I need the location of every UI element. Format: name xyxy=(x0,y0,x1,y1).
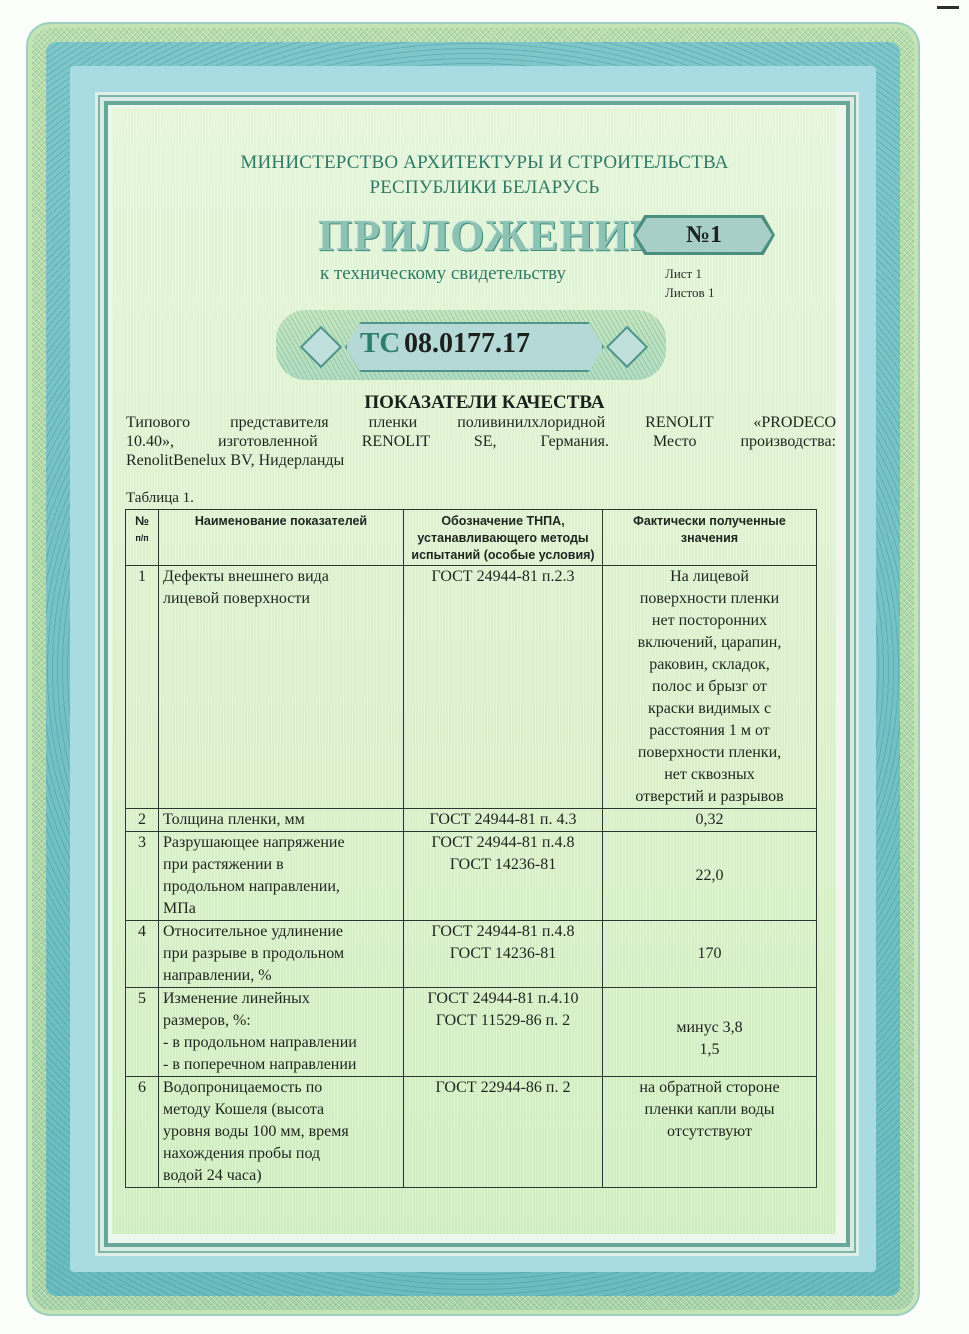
cell-name-line: водой 24 часа) xyxy=(163,1165,399,1187)
cell-value-line: включений, царапин, xyxy=(607,632,812,654)
cell-no: 1 xyxy=(126,566,159,809)
cell-value: 170 xyxy=(603,921,817,988)
cell-name-line: Толщина пленки, мм xyxy=(163,809,399,831)
cell-standard: ГОСТ 22944-86 п. 2 xyxy=(404,1077,603,1188)
cell-name: Относительное удлинениепри разрыве в про… xyxy=(159,921,404,988)
cell-name-line: Изменение линейных xyxy=(163,988,399,1010)
ministry-heading: МИНИСТЕРСТВО АРХИТЕКТУРЫ И СТРОИТЕЛЬСТВА… xyxy=(0,150,969,200)
cell-name-line: продольном направлении, xyxy=(163,876,399,898)
header-standard: Обозначение ТНПА, устанавливающего метод… xyxy=(404,510,603,566)
intro-line: 10.40», изготовленной RENOLIT SE, Герман… xyxy=(126,432,836,451)
cell-standard: ГОСТ 24944-81 п. 4.3 xyxy=(404,809,603,832)
cell-name: Толщина пленки, мм xyxy=(159,809,404,832)
cell-value-line: 22,0 xyxy=(607,865,812,887)
header-no-sub: п/п xyxy=(130,530,154,547)
cell-standard-line: ГОСТ 24944-81 п.2.3 xyxy=(408,566,598,588)
cell-standard-line: ГОСТ 24944-81 п.4.8 xyxy=(408,921,598,943)
cell-name-line: при разрыве в продольном xyxy=(163,943,399,965)
header-no: № п/п xyxy=(126,510,159,566)
cell-name-line: нахождения пробы под xyxy=(163,1143,399,1165)
cell-standard-line: ГОСТ 14236-81 xyxy=(408,854,598,876)
cell-standard-line: ГОСТ 14236-81 xyxy=(408,943,598,965)
quality-table: № п/п Наименование показателей Обозначен… xyxy=(125,509,817,1188)
cell-name-line: Разрушающее напряжение xyxy=(163,832,399,854)
cell-value-line: отверстий и разрывов xyxy=(607,786,812,808)
cell-standard: ГОСТ 24944-81 п.4.10ГОСТ 11529-86 п. 2 xyxy=(404,988,603,1077)
table-row: 4Относительное удлинениепри разрыве в пр… xyxy=(126,921,817,988)
cell-value-line: нет посторонних xyxy=(607,610,812,632)
header-name: Наименование показателей xyxy=(159,510,404,566)
header-value: Фактически полученные значения xyxy=(603,510,817,566)
sheet-number: Лист 1 xyxy=(665,264,714,283)
cell-value-line: краски видимых с xyxy=(607,698,812,720)
cell-no: 2 xyxy=(126,809,159,832)
cell-name: Разрушающее напряжениепри растяжении впр… xyxy=(159,832,404,921)
cell-standard-line: ГОСТ 11529-86 п. 2 xyxy=(408,1010,598,1032)
table-row: 6Водопроницаемость пометоду Кошеля (высо… xyxy=(126,1077,817,1188)
appendix-subtitle: к техническому свидетельству xyxy=(320,263,566,285)
table-row: 1Дефекты внешнего видалицевой поверхност… xyxy=(126,566,817,809)
cell-standard-line: ГОСТ 24944-81 п. 4.3 xyxy=(408,809,598,831)
cell-value-line: 0,32 xyxy=(607,809,812,831)
cell-name: Дефекты внешнего видалицевой поверхности xyxy=(159,566,404,809)
appendix-number-badge: №1 xyxy=(636,218,772,252)
cell-name-line: - в продольном направлении xyxy=(163,1032,399,1054)
cell-name: Изменение линейныхразмеров, %:- в продол… xyxy=(159,988,404,1077)
table-header-row: № п/п Наименование показателей Обозначен… xyxy=(126,510,817,566)
cell-name-line: размеров, %: xyxy=(163,1010,399,1032)
cell-name-line: Водопроницаемость по xyxy=(163,1077,399,1099)
sheet-info: Лист 1 Листов 1 xyxy=(665,264,714,302)
cell-value-line: минус 3,8 xyxy=(607,1017,812,1039)
cell-name-line: уровня воды 100 мм, время xyxy=(163,1121,399,1143)
cell-value-line: полос и брызг от xyxy=(607,676,812,698)
sheets-total: Листов 1 xyxy=(665,283,714,302)
cell-name-line: направлении, % xyxy=(163,965,399,987)
table-caption: Таблица 1. xyxy=(126,490,194,507)
cell-value-line: поверхности пленки, xyxy=(607,742,812,764)
cell-value-line: расстояния 1 м от xyxy=(607,720,812,742)
appendix-title: ПРИЛОЖЕНИЕ xyxy=(318,210,660,261)
certificate-number: 08.0177.17 xyxy=(404,328,530,360)
cell-value-line: пленки капли воды xyxy=(607,1099,812,1121)
cell-value-line: раковин, складок, xyxy=(607,654,812,676)
intro-line: RenolitBenelux BV, Нидерланды xyxy=(126,451,836,470)
cell-standard: ГОСТ 24944-81 п.4.8ГОСТ 14236-81 xyxy=(404,921,603,988)
scan-edge-mark xyxy=(937,6,959,9)
cell-standard-line: ГОСТ 24944-81 п.4.8 xyxy=(408,832,598,854)
cell-value: 22,0 xyxy=(603,832,817,921)
ministry-line-2: РЕСПУБЛИКИ БЕЛАРУСЬ xyxy=(0,175,969,200)
section-title: ПОКАЗАТЕЛИ КАЧЕСТВА xyxy=(0,392,969,414)
cell-name-line: при растяжении в xyxy=(163,854,399,876)
cell-name-line: - в поперечном направлении xyxy=(163,1054,399,1076)
cell-no: 5 xyxy=(126,988,159,1077)
cell-no: 6 xyxy=(126,1077,159,1188)
intro-line: Типового представителя пленки поливинилх… xyxy=(126,413,836,432)
cell-value-line: На лицевой xyxy=(607,566,812,588)
cell-value-line: на обратной стороне xyxy=(607,1077,812,1099)
cell-standard: ГОСТ 24944-81 п.2.3 xyxy=(404,566,603,809)
cell-value: 0,32 xyxy=(603,809,817,832)
cell-name-line: Дефекты внешнего вида xyxy=(163,566,399,588)
intro-paragraph: Типового представителя пленки поливинилх… xyxy=(126,413,836,470)
cell-value-line: 1,5 xyxy=(607,1039,812,1061)
cell-standard: ГОСТ 24944-81 п.4.8ГОСТ 14236-81 xyxy=(404,832,603,921)
table-row: 2Толщина пленки, ммГОСТ 24944-81 п. 4.30… xyxy=(126,809,817,832)
cell-value-line: отсутствуют xyxy=(607,1121,812,1143)
certificate-prefix: ТС xyxy=(360,327,400,360)
cell-value-line: нет сквозных xyxy=(607,764,812,786)
cell-name-line: методу Кошеля (высота xyxy=(163,1099,399,1121)
cell-name-line: МПа xyxy=(163,898,399,920)
cell-name-line: Относительное удлинение xyxy=(163,921,399,943)
cell-name-line: лицевой поверхности xyxy=(163,588,399,610)
table-row: 5Изменение линейныхразмеров, %:- в продо… xyxy=(126,988,817,1077)
cell-value: На лицевойповерхности пленкинет посторон… xyxy=(603,566,817,809)
cell-value-line: поверхности пленки xyxy=(607,588,812,610)
cell-no: 4 xyxy=(126,921,159,988)
cell-value-line: 170 xyxy=(607,943,812,965)
cell-name: Водопроницаемость пометоду Кошеля (высот… xyxy=(159,1077,404,1188)
cell-standard-line: ГОСТ 22944-86 п. 2 xyxy=(408,1077,598,1099)
cell-standard-line: ГОСТ 24944-81 п.4.10 xyxy=(408,988,598,1010)
cell-value: на обратной сторонепленки капли водыотсу… xyxy=(603,1077,817,1188)
cell-value: минус 3,81,5 xyxy=(603,988,817,1077)
cell-no: 3 xyxy=(126,832,159,921)
ministry-line-1: МИНИСТЕРСТВО АРХИТЕКТУРЫ И СТРОИТЕЛЬСТВА xyxy=(0,150,969,175)
table-row: 3Разрушающее напряжениепри растяжении вп… xyxy=(126,832,817,921)
